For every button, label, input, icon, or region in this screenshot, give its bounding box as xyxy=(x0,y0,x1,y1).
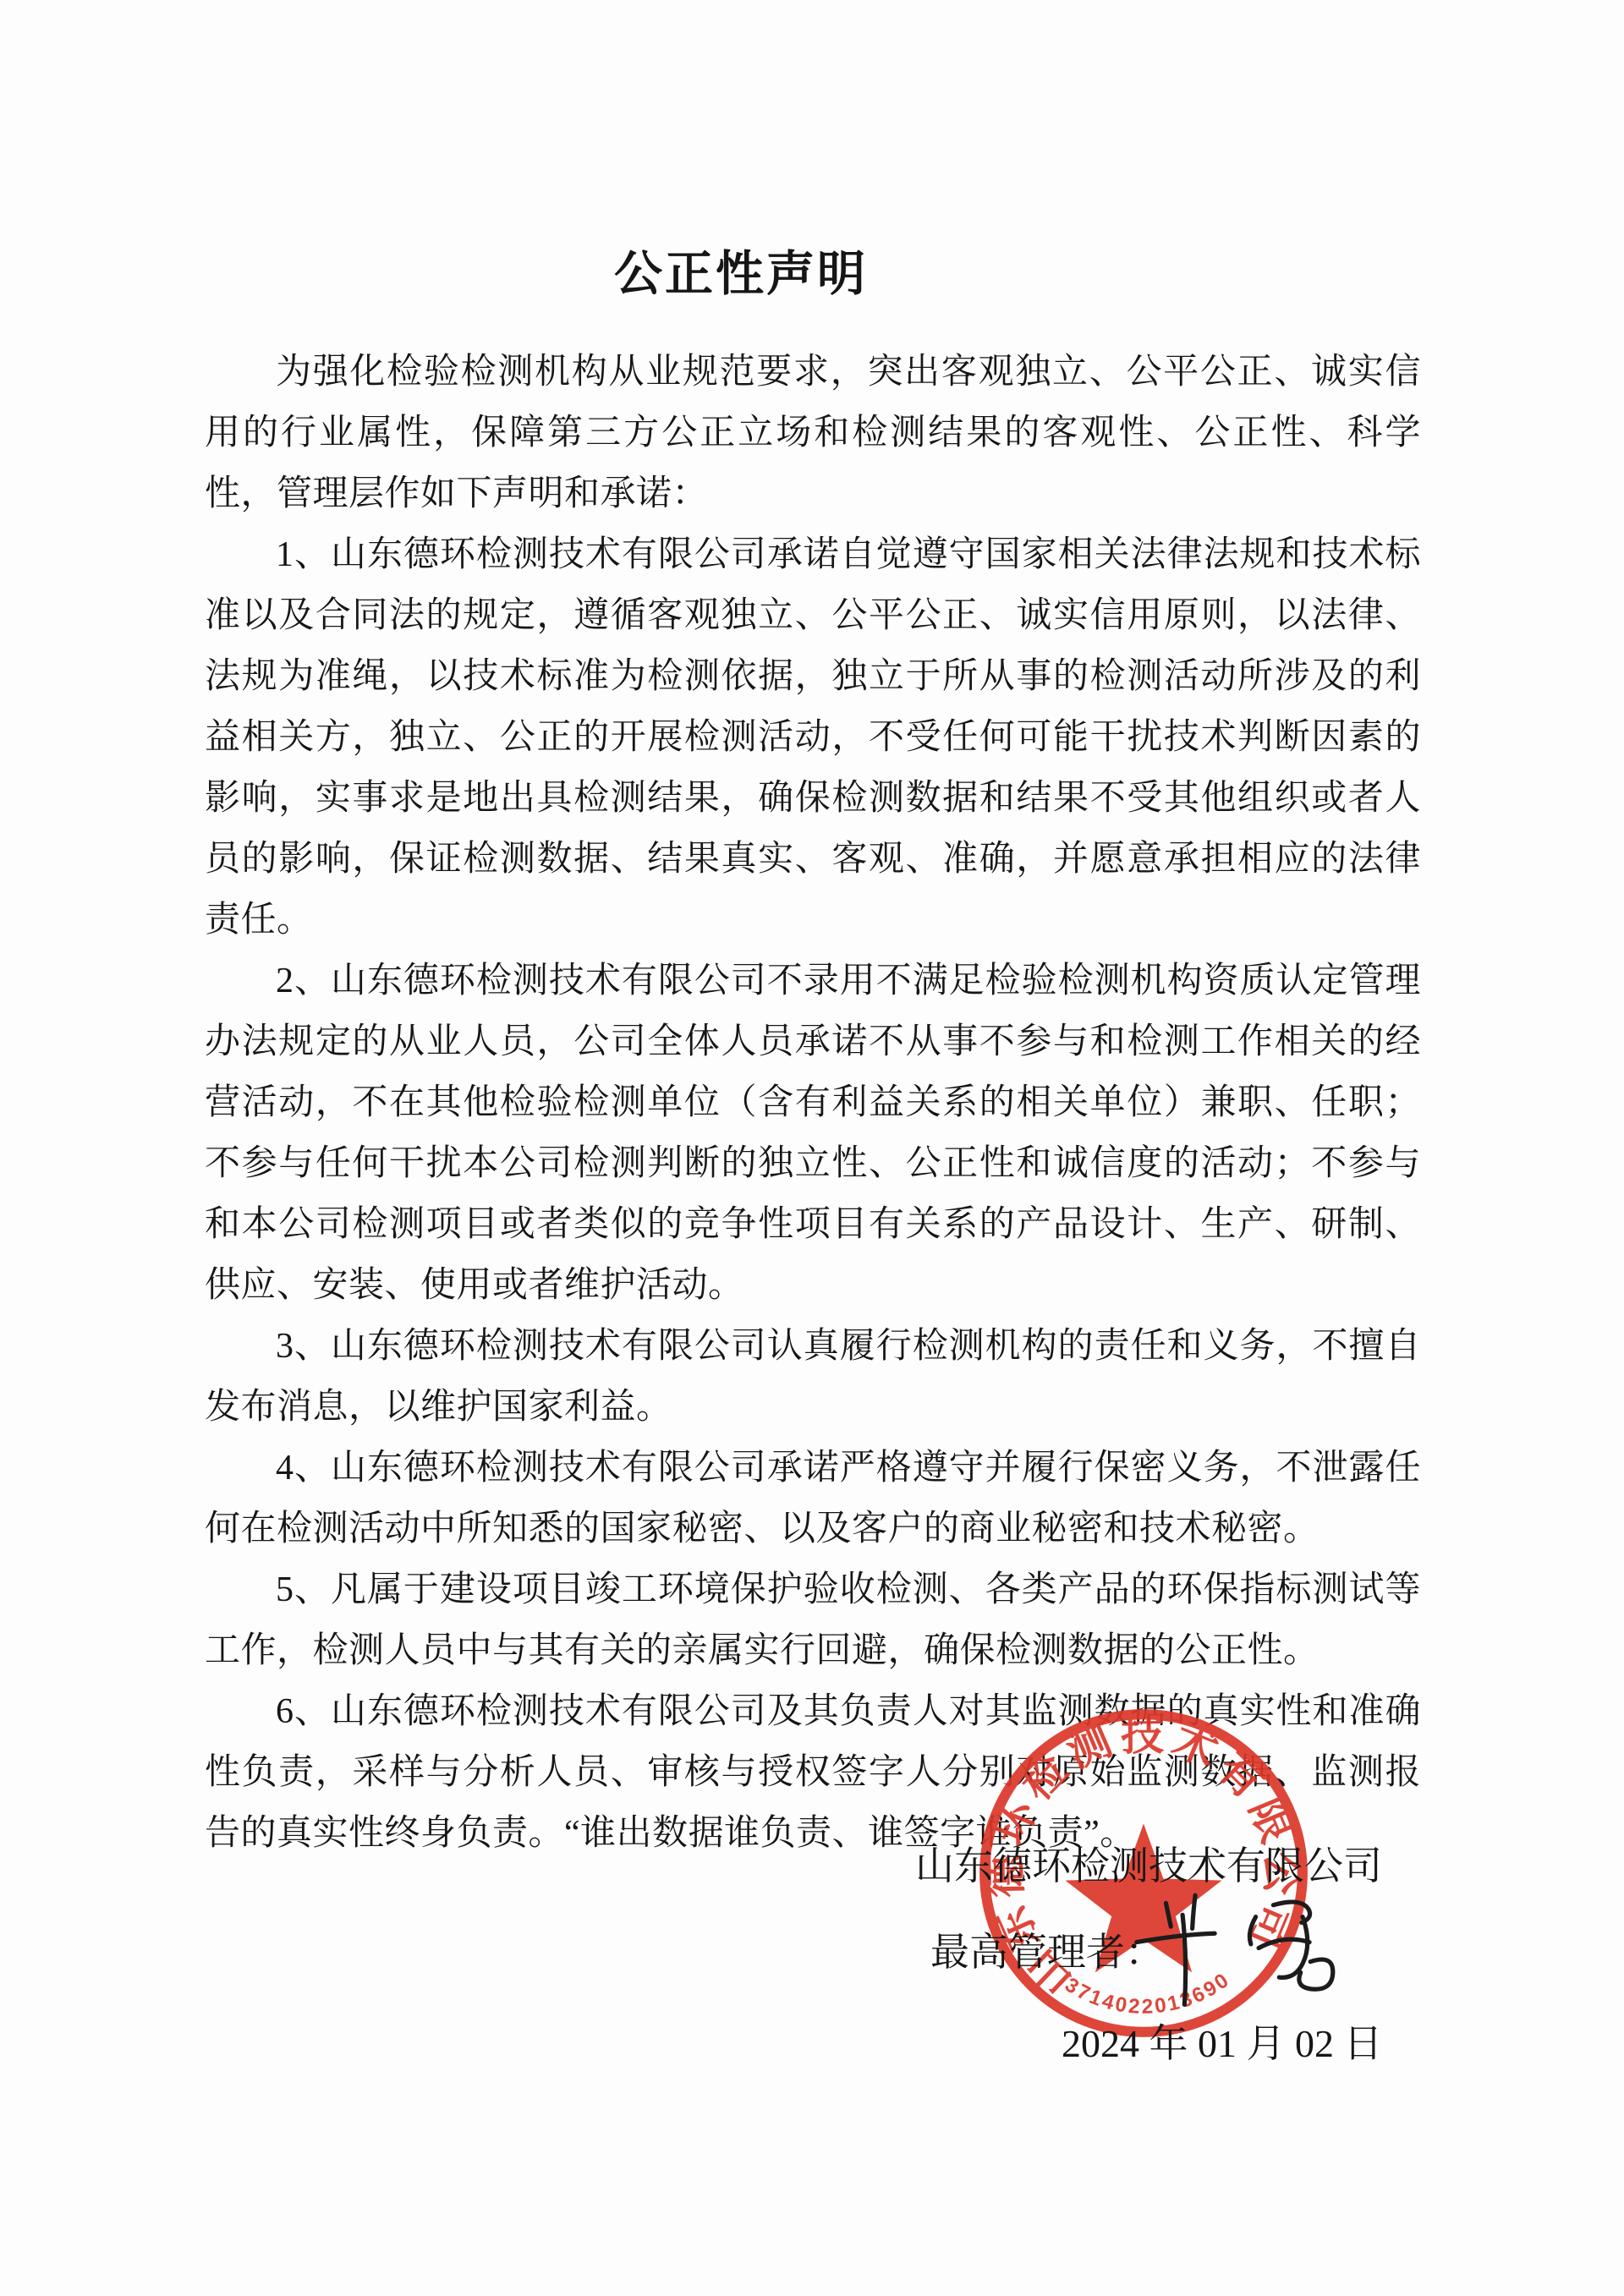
manager-signature-handwriting xyxy=(1100,1888,1353,2014)
page-title: 公正性声明 xyxy=(614,235,868,304)
body-paragraph: 1、山东德环检测技术有限公司承诺自觉遵守国家相关法律法规和技术标准以及合同法的规… xyxy=(205,524,1421,951)
body-paragraph: 4、山东德环检测技术有限公司承诺严格遵守并履行保密义务，不泄露任何在检测活动中所… xyxy=(205,1438,1421,1559)
body-paragraph: 3、山东德环检测技术有限公司认真履行检测机构的责任和义务，不擅自发布消息，以维护… xyxy=(205,1316,1421,1438)
signature-date: 2024 年 01 月 02 日 xyxy=(1062,2013,1383,2069)
document-page: 公正性声明 为强化检验检测机构从业规范要求，突出客观独立、公平公正、诚实信用的行… xyxy=(0,0,1624,2296)
signature-company-name: 山东德环检测技术有限公司 xyxy=(915,1835,1382,1891)
document-body: 为强化检验检测机构从业规范要求，突出客观独立、公平公正、诚实信用的行业属性，保障… xyxy=(205,342,1421,1864)
body-paragraph: 2、山东德环检测技术有限公司不录用不满足检验检测机构资质认定管理办法规定的从业人… xyxy=(205,951,1421,1316)
body-paragraph: 为强化检验检测机构从业规范要求，突出客观独立、公平公正、诚实信用的行业属性，保障… xyxy=(205,342,1421,524)
body-paragraph: 5、凡属于建设项目竣工环境保护验收检测、各类产品的环保指标测试等工作，检测人员中… xyxy=(205,1559,1421,1681)
